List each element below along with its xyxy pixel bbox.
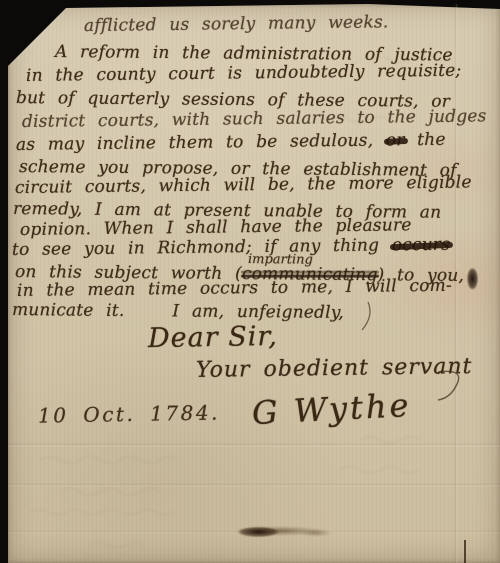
inserted-word: imparting	[248, 250, 313, 271]
blotted-word: occurs	[392, 235, 451, 256]
salutation: Dear Sir,	[148, 321, 278, 354]
date-line: 10 Oct. 1784.	[38, 400, 220, 427]
blotted-word: or	[386, 130, 405, 150]
horizontal-fold-crease	[8, 483, 500, 487]
scanned-letter-page: afflicted us sorely many weeks. A reform…	[0, 0, 500, 563]
ink-smudge	[212, 522, 334, 540]
valediction: Your obedient servant	[196, 354, 473, 383]
horizontal-fold-crease	[8, 443, 500, 447]
letter-line: afflicted us sorely many weeks.	[84, 12, 389, 36]
ink-blob-right-edge	[466, 266, 479, 298]
small-ink-mark	[464, 540, 466, 563]
letter-line: municate it.I am, unfeignedly,	[12, 300, 344, 323]
